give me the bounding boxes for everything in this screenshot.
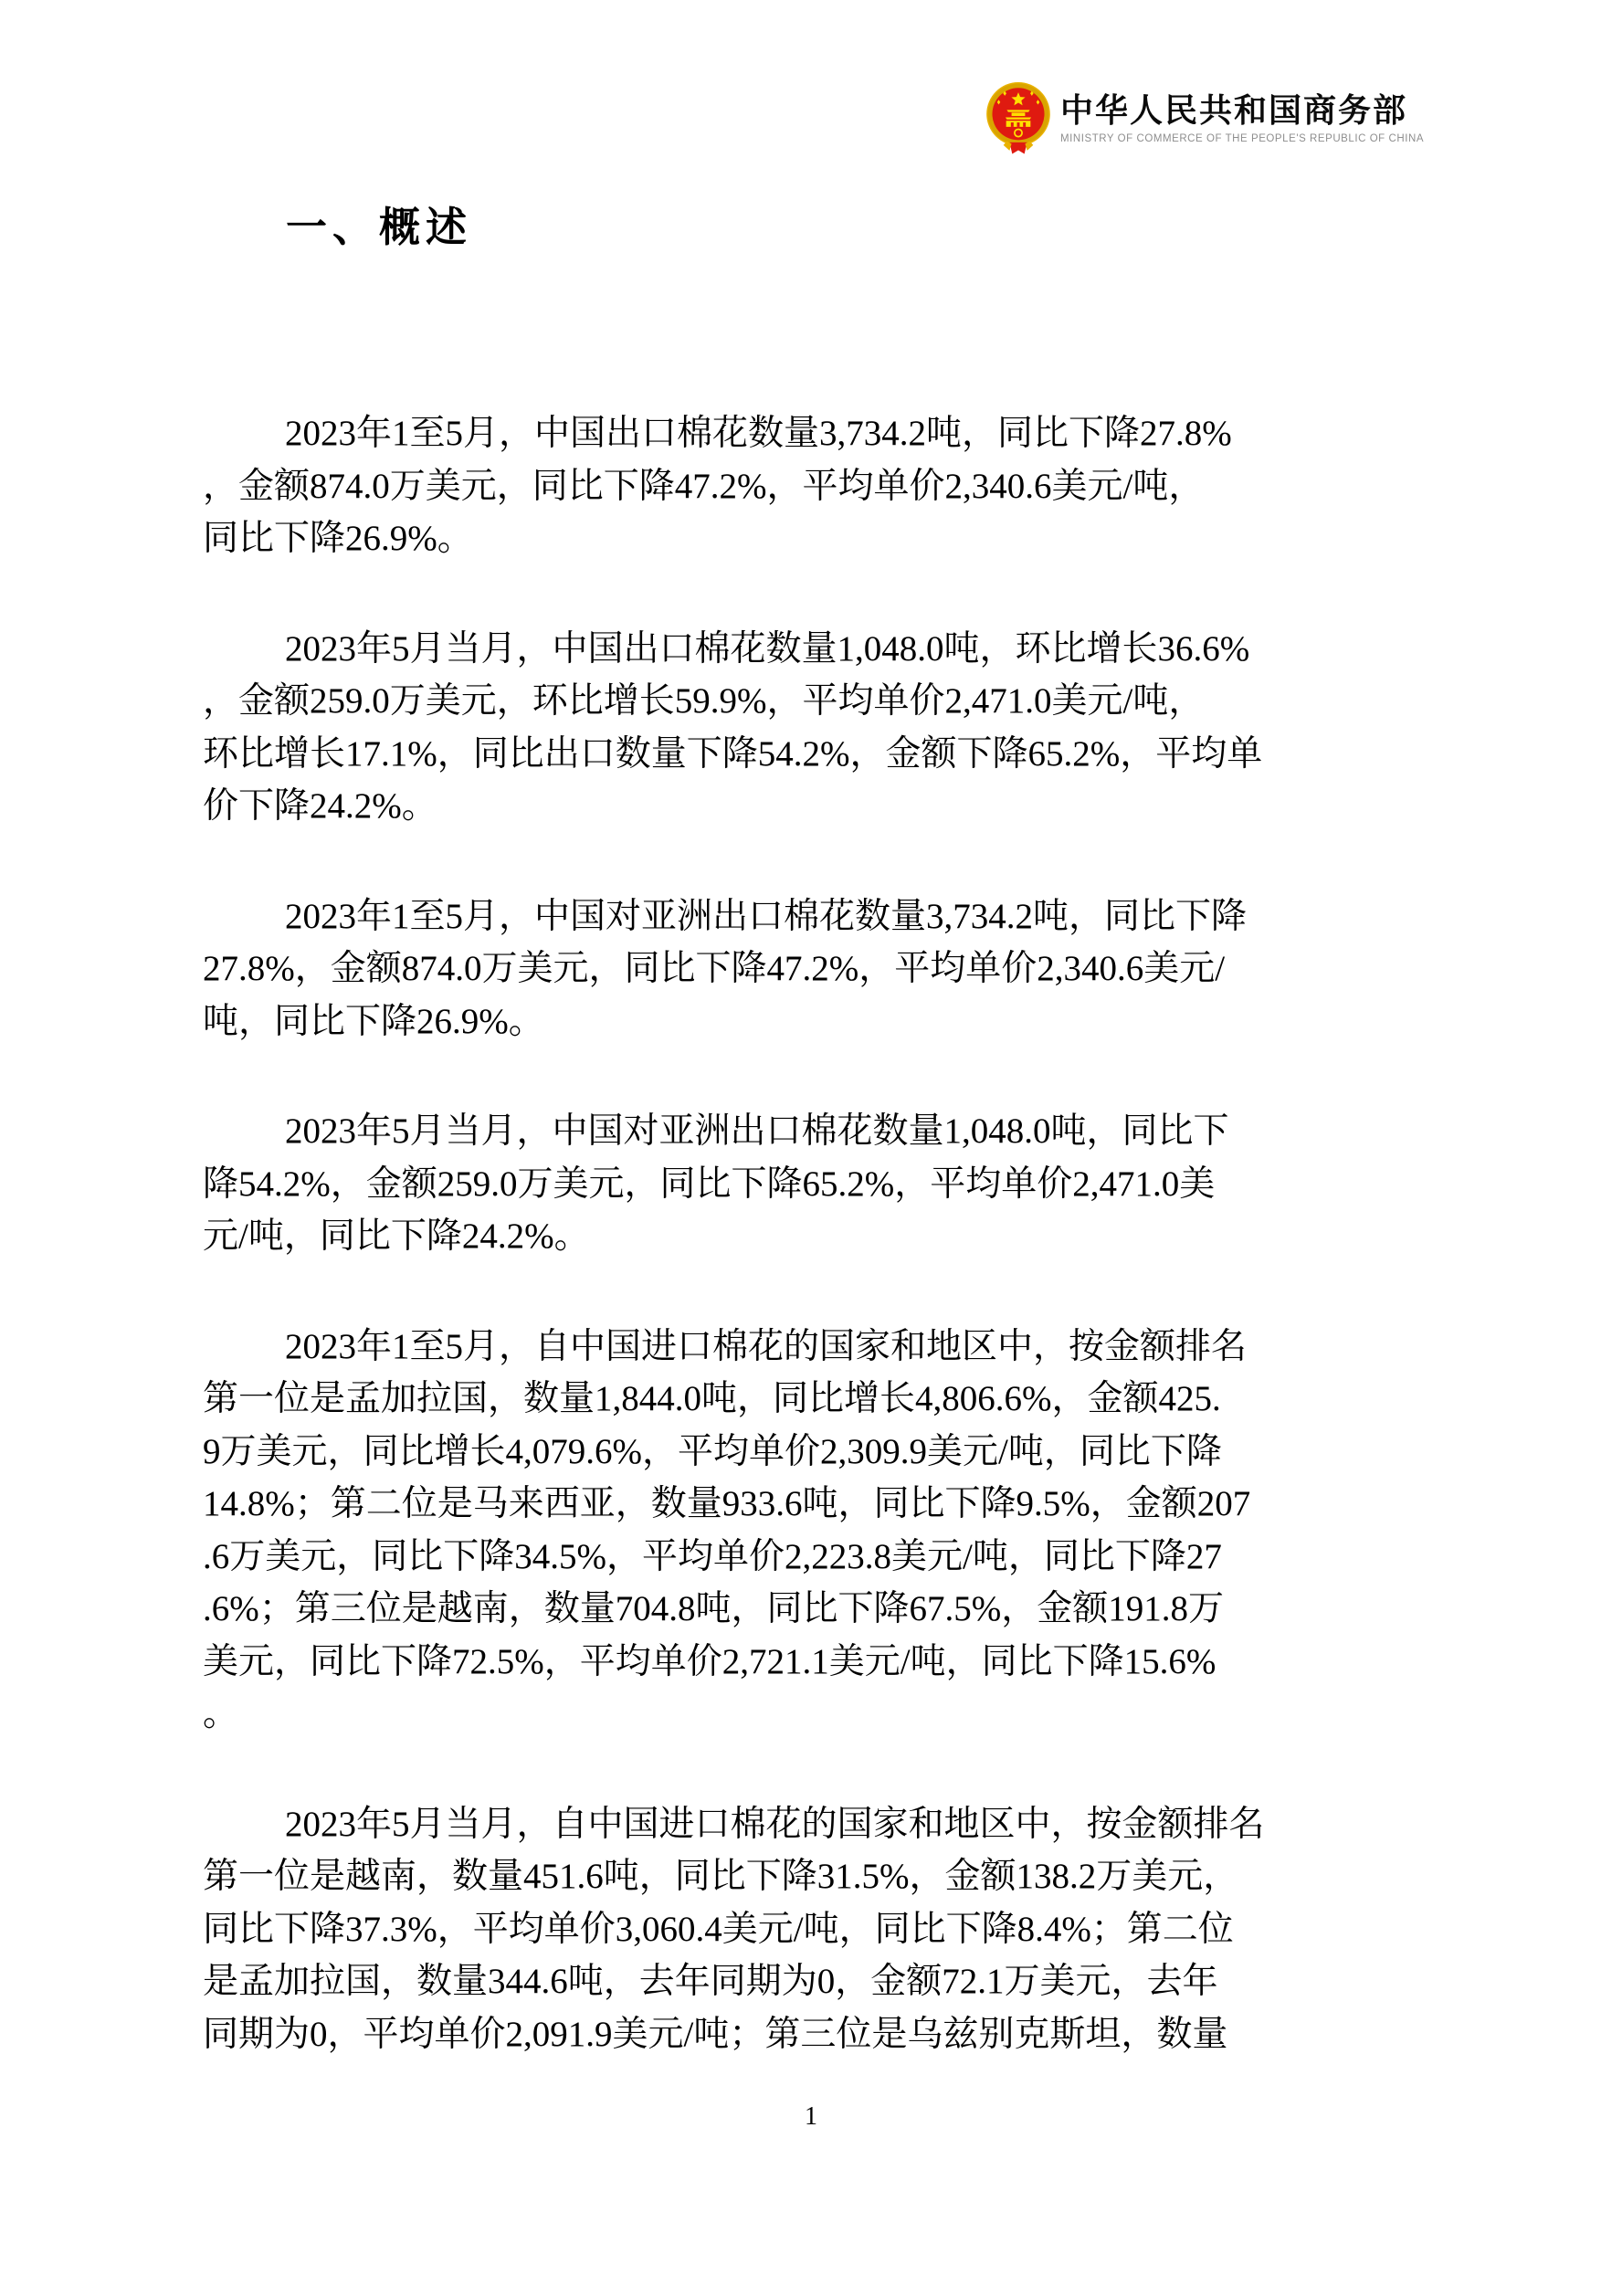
paragraph-line: 2023年5月当月，自中国进口棉花的国家和地区中，按金额排名 [203, 1798, 1481, 1851]
paragraph-line: 同期为0，平均单价2,091.9美元/吨；第三位是乌兹别克斯坦，数量 [203, 2008, 1481, 2061]
paragraph-line: 价下降24.2%。 [203, 780, 1481, 833]
paragraph-line: 2023年1至5月，中国出口棉花数量3,734.2吨，同比下降27.8% [203, 407, 1481, 460]
paragraph-line: 14.8%；第二位是马来西亚，数量933.6吨，同比下降9.5%，金额207 [203, 1478, 1481, 1531]
paragraph: 2023年5月当月，中国对亚洲出口棉花数量1,048.0吨，同比下降54.2%，… [203, 1105, 1481, 1263]
china-national-emblem-icon [984, 82, 1053, 155]
paragraph-line: 元/吨，同比下降24.2%。 [203, 1210, 1481, 1263]
paragraph-line: .6万美元，同比下降34.5%，平均单价2,223.8美元/吨，同比下降27 [203, 1531, 1481, 1584]
paragraph: 2023年1至5月，中国对亚洲出口棉花数量3,734.2吨，同比下降27.8%，… [203, 890, 1481, 1048]
paragraph-line: 27.8%，金额874.0万美元，同比下降47.2%，平均单价2,340.6美元… [203, 943, 1481, 995]
paragraph-line: 第一位是孟加拉国，数量1,844.0吨，同比增长4,806.6%，金额425. [203, 1373, 1481, 1426]
paragraph-line: 降54.2%，金额259.0万美元，同比下降65.2%，平均单价2,471.0美 [203, 1158, 1481, 1211]
ministry-subtitle: MINISTRY OF COMMERCE OF THE PEOPLE'S REP… [1060, 133, 1424, 144]
paragraph-line: 2023年1至5月，中国对亚洲出口棉花数量3,734.2吨，同比下降 [203, 890, 1481, 943]
paragraph-line: .6%；第三位是越南，数量704.8吨，同比下降67.5%，金额191.8万 [203, 1583, 1481, 1636]
paragraph-line: 是孟加拉国，数量344.6吨，去年同期为0，金额72.1万美元，去年 [203, 1955, 1481, 2008]
paragraph: 2023年5月当月，中国出口棉花数量1,048.0吨，环比增长36.6%，金额2… [203, 623, 1481, 833]
paragraph: 2023年1至5月，自中国进口棉花的国家和地区中，按金额排名第一位是孟加拉国，数… [203, 1321, 1481, 1741]
paragraph: 2023年5月当月，自中国进口棉花的国家和地区中，按金额排名第一位是越南，数量4… [203, 1798, 1481, 2061]
paragraph-line: 9万美元，同比增长4,079.6%，平均单价2,309.9美元/吨，同比下降 [203, 1426, 1481, 1479]
paragraph-line: 同比下降26.9%。 [203, 512, 1481, 565]
paragraph-line: 同比下降37.3%，平均单价3,060.4美元/吨，同比下降8.4%；第二位 [203, 1903, 1481, 1956]
paragraph-line: 2023年1至5月，自中国进口棉花的国家和地区中，按金额排名 [203, 1321, 1481, 1374]
paragraph-line: ，金额874.0万美元，同比下降47.2%，平均单价2,340.6美元/吨， [203, 460, 1481, 513]
paragraph-line: 2023年5月当月，中国对亚洲出口棉花数量1,048.0吨，同比下 [203, 1105, 1481, 1158]
paragraph-line: 2023年5月当月，中国出口棉花数量1,048.0吨，环比增长36.6% [203, 623, 1481, 676]
paragraph-line: 第一位是越南，数量451.6吨，同比下降31.5%，金额138.2万美元， [203, 1850, 1481, 1903]
paragraph-line: 环比增长17.1%，同比出口数量下降54.2%，金额下降65.2%，平均单 [203, 728, 1481, 781]
document-body: 2023年1至5月，中国出口棉花数量3,734.2吨，同比下降27.8%，金额8… [203, 407, 1481, 2060]
ministry-logo: 中华人民共和国商务部 MINISTRY OF COMMERCE OF THE P… [984, 82, 1424, 155]
paragraph-line: ，金额259.0万美元，环比增长59.9%，平均单价2,471.0美元/吨， [203, 675, 1481, 728]
ministry-title: 中华人民共和国商务部 [1060, 93, 1424, 128]
paragraph-line: 吨，同比下降26.9%。 [203, 995, 1481, 1048]
page-number: 1 [0, 2102, 1622, 2132]
paragraph-line: 美元，同比下降72.5%，平均单价2,721.1美元/吨，同比下降15.6% [203, 1636, 1481, 1689]
paragraph-line: 。 [203, 1688, 1481, 1741]
section-heading: 一、概述 [286, 205, 472, 250]
paragraph: 2023年1至5月，中国出口棉花数量3,734.2吨，同比下降27.8%，金额8… [203, 407, 1481, 565]
